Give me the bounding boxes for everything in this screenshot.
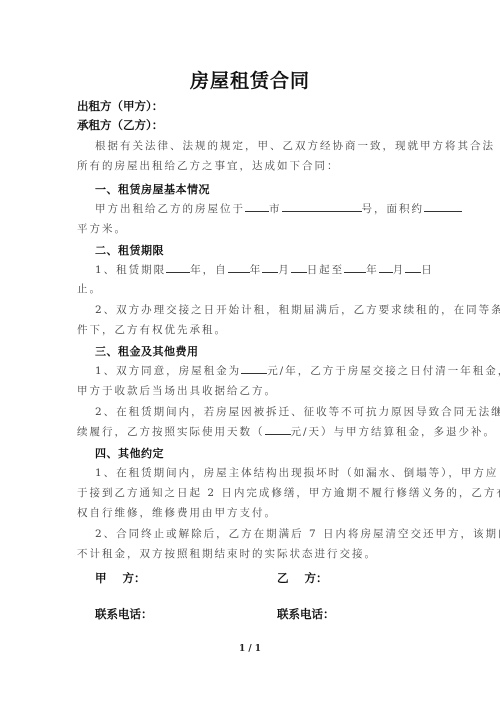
text: 甲方出租给乙方的房屋位于 — [95, 203, 245, 215]
party-b-phone-label: 联系电话： — [277, 606, 335, 622]
daily-rent-blank[interactable] — [265, 424, 291, 435]
lessee-label: 承租方（乙方）： — [77, 117, 163, 133]
section-4-clause-2-line-1: 2、合同终止或解除后，乙方在期满后 7 日内将房屋清空交还甲方，该期间 — [95, 526, 500, 541]
party-b-signature-label: 乙 方： — [277, 570, 328, 586]
section-4-clause-1-line-2: 于接到乙方通知之日起 2 日内完成修缮，甲方逾期不履行修缮义务的，乙方有 — [77, 485, 500, 500]
lessor-label: 出租方（甲方）： — [77, 98, 163, 114]
section-2-heading: 二、租赁期限 — [95, 242, 164, 258]
page-number: 1 / 1 — [0, 644, 500, 654]
section-2-clause-1-line-2: 止。 — [77, 281, 102, 296]
text: 元/天）与甲方结算租金，多退少补。 — [291, 426, 497, 438]
section-3-clause-2-line-1: 2、在租赁期间内，若房屋因被拆迁、征收等不可抗力原因导致合同无法继 — [95, 404, 500, 419]
section-1-line-2: 平方米。 — [77, 221, 127, 236]
page-title: 房屋租赁合同 — [0, 66, 500, 93]
section-4-clause-1-line-3: 权自行维修，维修费用由甲方支付。 — [77, 505, 277, 520]
end-month-blank[interactable] — [379, 262, 393, 273]
section-4-clause-1-line-1: 1、在租赁期间内，房屋主体结构出现损坏时（如漏水、倒塌等），甲方应 — [95, 465, 498, 480]
text: 续履行，乙方按照实际使用天数（ — [77, 426, 265, 438]
area-blank[interactable] — [424, 201, 462, 212]
end-year-blank[interactable] — [344, 262, 366, 273]
party-a-phone-label: 联系电话： — [95, 606, 153, 622]
text: 市 — [269, 203, 282, 215]
section-1-heading: 一、租赁房屋基本情况 — [95, 181, 210, 197]
city-blank[interactable] — [245, 201, 269, 212]
section-4-clause-2-line-2: 不计租金，双方按照租期结束时的实际状态进行交接。 — [77, 546, 377, 561]
text: 1、租赁期限 — [95, 264, 166, 276]
text: 月 — [278, 264, 291, 276]
text: 1、双方同意，房屋租金为 — [95, 365, 241, 377]
section-3-heading: 三、租金及其他费用 — [95, 343, 199, 359]
start-year-blank[interactable] — [228, 262, 250, 273]
section-4-heading: 四、其他约定 — [95, 445, 164, 461]
address-blank[interactable] — [282, 201, 362, 212]
section-2-clause-1: 1、租赁期限年，自年月日起至年月日 — [95, 262, 434, 277]
text: 日 — [421, 264, 434, 276]
text: 号，面积约 — [362, 203, 425, 215]
section-1-paragraph: 甲方出租给乙方的房屋位于市号，面积约 — [95, 201, 462, 216]
document-page: 房屋租赁合同 出租方（甲方）： 承租方（乙方）： 根据有关法律、法规的规定，甲、… — [0, 0, 500, 707]
preamble-line-1: 根据有关法律、法规的规定，甲、乙双方经协商一致，现就甲方将其合法 — [95, 138, 495, 153]
text: 元/年，乙方于房屋交接之日付清一年租金， — [267, 365, 500, 377]
start-day-blank[interactable] — [291, 262, 307, 273]
start-month-blank[interactable] — [262, 262, 278, 273]
party-a-signature-label: 甲 方： — [95, 570, 146, 586]
section-3-clause-1: 1、双方同意，房屋租金为元/年，乙方于房屋交接之日付清一年租金， — [95, 363, 500, 378]
section-3-clause-1-line-2: 甲方于收款后当场出具收据给乙方。 — [77, 383, 277, 398]
rent-amount-blank[interactable] — [241, 363, 267, 374]
text: 年 — [366, 264, 379, 276]
section-2-clause-2-line-1: 2、双方办理交接之日开始计租，租期届满后，乙方要求续租的，在同等条 — [95, 302, 500, 317]
term-years-blank[interactable] — [166, 262, 190, 273]
section-3-clause-2-line-2: 续履行，乙方按照实际使用天数（元/天）与甲方结算租金，多退少补。 — [77, 424, 496, 439]
preamble-line-2: 所有的房屋出租给乙方之事宜，达成如下合同： — [77, 158, 340, 173]
text: 月 — [393, 264, 406, 276]
text: 年，自 — [190, 264, 228, 276]
text: 日起至 — [307, 264, 345, 276]
text: 年 — [250, 264, 263, 276]
end-day-blank[interactable] — [405, 262, 421, 273]
section-2-clause-2-line-2: 件下，乙方有权优先承租。 — [77, 322, 227, 337]
